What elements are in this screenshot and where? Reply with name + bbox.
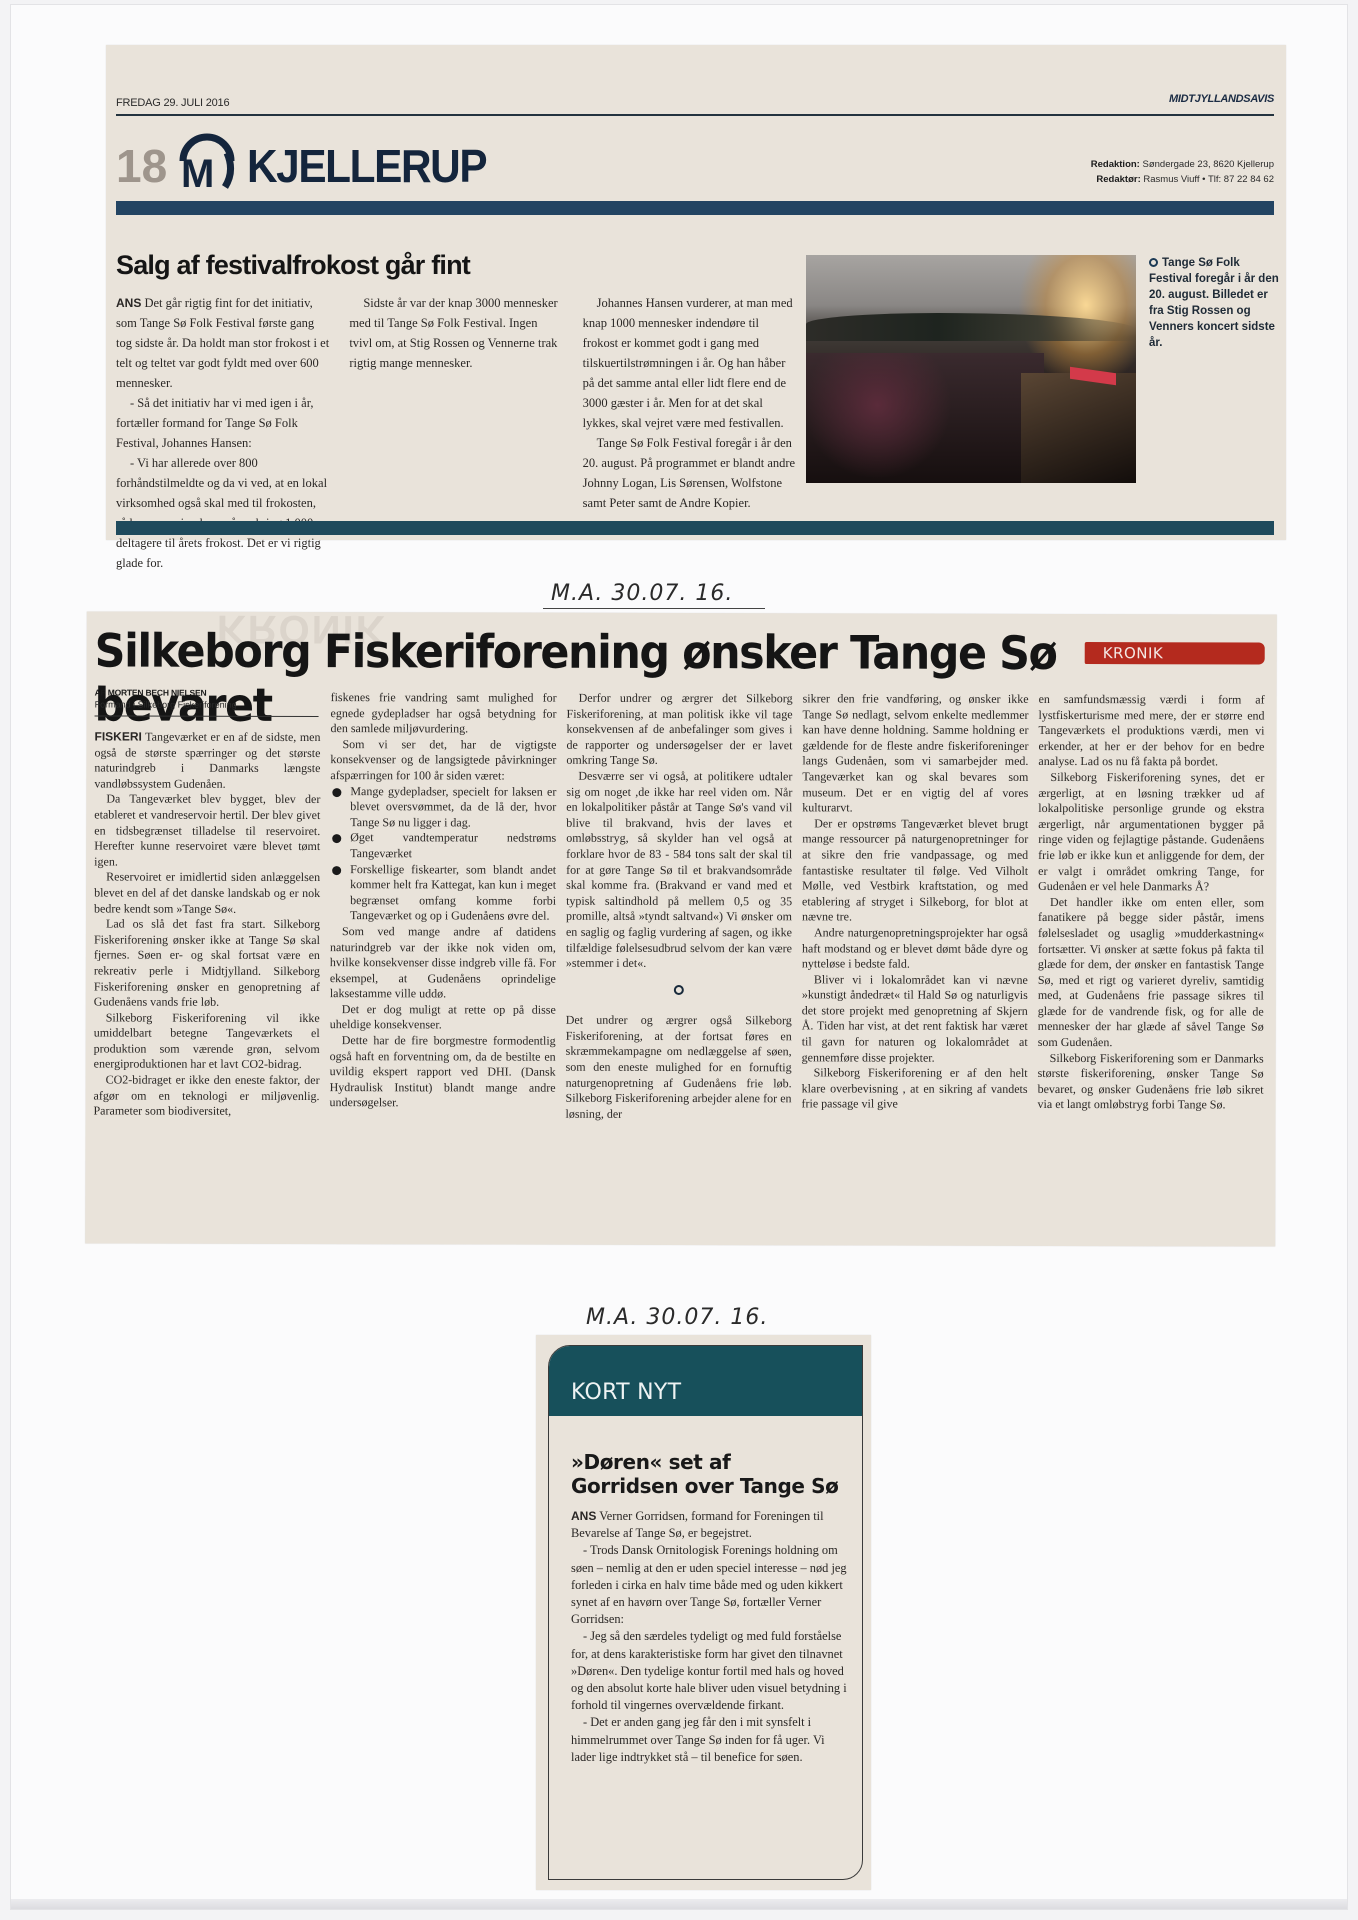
article-body: ANS Verner Gorridsen, formand for Foreni…	[571, 1508, 850, 1766]
bullet-ring-icon	[1149, 258, 1158, 267]
issue-date: FREDAG 29. JULI 2016	[116, 97, 229, 109]
bullet-item: Forskellige fiskearter, som blandt andet…	[330, 862, 556, 925]
paragraph: en samfundsmæssig værdi i form af lystfi…	[1038, 692, 1264, 771]
paragraph: Der er opstrøms Tangeværket blevet brugt…	[802, 816, 1028, 926]
sheet-edge	[11, 1899, 1347, 1909]
kicker: ANS	[571, 1509, 596, 1523]
article-column: sikrer den frie vandføring, og ønsker ik…	[802, 691, 1029, 1113]
paragraph: Desværre ser vi også, at politikere udta…	[566, 769, 793, 972]
paragraph: Det går rigtig fint for det initiativ, s…	[116, 296, 329, 390]
article-column: en samfundsmæssig værdi i form af lystfi…	[1038, 692, 1265, 1114]
bullet-list: Mange gydepladser, specielt for laksen e…	[330, 784, 556, 925]
clipping-kronik-article: KRONIK Silkeborg Fiskeriforening ønsker …	[85, 611, 1277, 1246]
author-name: AF MORTEN BECH NIELSEN	[95, 687, 319, 698]
paragraph: Silkeborg Fiskeriforening som er Danmark…	[1038, 1051, 1264, 1114]
kort-nyt-band: KORT NYT	[549, 1346, 862, 1416]
paragraph: - Trods Dansk Ornitologisk Forenings hol…	[571, 1542, 850, 1628]
svg-text:M: M	[181, 152, 214, 189]
bullet-item: Mange gydepladser, specielt for laksen e…	[330, 784, 556, 831]
byline: AF MORTEN BECH NIELSEN Formand i Silkebo…	[95, 687, 319, 717]
album-page: FREDAG 29. JULI 2016 MIDTJYLLANDSAVIS 18…	[10, 4, 1348, 1910]
paragraph: - Jeg så den særdeles tydeligt og med fu…	[571, 1628, 850, 1714]
section-separator	[566, 971, 792, 1013]
paragraph: Silkeborg Fiskeriforening vil ikke umidd…	[94, 1010, 320, 1073]
photo-crowd	[806, 353, 1044, 483]
paragraph: - Det er anden gang jeg får den i mit sy…	[571, 1714, 850, 1766]
paragraph: Silkeborg Fiskeriforening synes, det er …	[1038, 770, 1264, 895]
paragraph: Derfor undrer og ærgrer det Silkeborg Fi…	[566, 691, 792, 770]
news-box: KORT NYT »Døren« set af Gorridsen over T…	[548, 1345, 863, 1880]
paragraph: Andre naturgenopretningsprojekter har og…	[802, 925, 1028, 972]
section-title: KJELLERUP	[247, 143, 486, 189]
article-column: FISKERI Tangeværket er en af de sidste, …	[93, 729, 320, 1119]
paragraph: Verner Gorridsen, formand for Foreningen…	[571, 1509, 824, 1540]
separator-ring-icon	[674, 985, 684, 995]
bullet-item: Øget vandtemperatur nedstrøms Tangeværke…	[330, 830, 556, 862]
paragraph: fiskenes frie vandring samt mulighed for…	[331, 690, 557, 737]
paragraph: Lad os slå det fast fra start. Silkeborg…	[94, 917, 320, 1011]
kicker: ANS	[116, 296, 141, 310]
headline-line: »Døren« set af	[571, 1450, 730, 1474]
page-number: 18	[116, 143, 167, 189]
contact-label: Redaktion:	[1091, 159, 1140, 170]
paragraph: Det undrer og ærgrer også Silkeborg Fisk…	[565, 1013, 791, 1123]
paragraph: - Så det initiativ har vi med igen i år,…	[116, 393, 329, 453]
masthead-bar	[116, 201, 1274, 215]
photo-stage	[1021, 373, 1137, 483]
paragraph: Sidste år var der knap 3000 mennesker me…	[349, 293, 562, 373]
paragraph: Da Tangeværket blev bygget, blev der eta…	[94, 792, 320, 871]
clipping-kort-nyt: KORT NYT »Døren« set af Gorridsen over T…	[536, 1335, 871, 1890]
editorial-contact: Redaktion: Søndergade 23, 8620 Kjellerup…	[1091, 157, 1274, 187]
paragraph: Det er dog muligt at rette op på disse u…	[330, 1002, 556, 1034]
paragraph: - Vi har allerede over 800 forhåndstilme…	[116, 453, 329, 573]
paragraph: sikrer den frie vandføring, og ønsker ik…	[802, 691, 1028, 816]
paragraph: Silkeborg Fiskeriforening er af den helt…	[802, 1066, 1028, 1113]
paragraph: Johannes Hansen vurderer, at man med kna…	[583, 293, 796, 433]
article-headline: »Døren« set af Gorridsen over Tange Sø	[571, 1450, 848, 1498]
paragraph: CO2-bidraget er ikke den eneste faktor, …	[93, 1073, 319, 1120]
author-role: Formand i Silkeborg Fiskeriforening	[95, 699, 319, 710]
paragraph: Som ved mange andre af datidens naturind…	[330, 924, 556, 1003]
handwritten-date-note: M.A. 30.07. 16.	[551, 581, 733, 606]
clipping-festival-article: FREDAG 29. JULI 2016 MIDTJYLLANDSAVIS 18…	[106, 45, 1286, 540]
header-rule	[116, 114, 1274, 116]
section-masthead: 18 M KJELLERUP	[116, 127, 507, 189]
newspaper-name: MIDTJYLLANDSAVIS	[1169, 93, 1274, 105]
concert-photo	[806, 255, 1136, 483]
kicker: FISKERI	[94, 729, 141, 743]
handwritten-date-note: M.A. 30.07. 16.	[586, 1305, 768, 1330]
caption-text: Tange Sø Folk Festival foregår i år den …	[1149, 257, 1279, 349]
editor-label: Redaktør:	[1096, 174, 1140, 185]
kronik-badge: KRONIK	[1085, 642, 1265, 664]
article-column: fiskenes frie vandring samt mulighed for…	[330, 690, 557, 1112]
photo-trees	[806, 313, 1136, 341]
article-column: Derfor undrer og ærgrer det Silkeborg Fi…	[565, 691, 792, 1123]
photo-caption: Tange Sø Folk Festival foregår i år den …	[1149, 255, 1279, 351]
paragraph: Reservoiret er imidlertid siden anlæggel…	[94, 870, 320, 917]
footer-bar	[116, 521, 1274, 535]
headline-line: Gorridsen over Tange Sø	[571, 1474, 838, 1498]
article-headline: Salg af festivalfrokost går fint	[116, 250, 470, 281]
contact-address: Søndergade 23, 8620 Kjellerup	[1142, 159, 1274, 170]
paragraph: Dette har de fire borgmestre formodentli…	[330, 1033, 556, 1112]
handwritten-underline	[543, 608, 765, 609]
paragraph: Tange Sø Folk Festival foregår i år den …	[583, 433, 796, 513]
paragraph: Som vi ser det, har de vigtigste konsekv…	[330, 737, 556, 784]
editor-phone: Rasmus Viuff • Tlf: 87 22 84 62	[1143, 174, 1274, 185]
paragraph: Det handler ikke om enten eller, som fan…	[1038, 895, 1264, 1052]
paragraph: Bliver vi i lokalområdet kan vi nævne »k…	[802, 972, 1028, 1066]
m-logo-icon: M	[177, 131, 237, 189]
